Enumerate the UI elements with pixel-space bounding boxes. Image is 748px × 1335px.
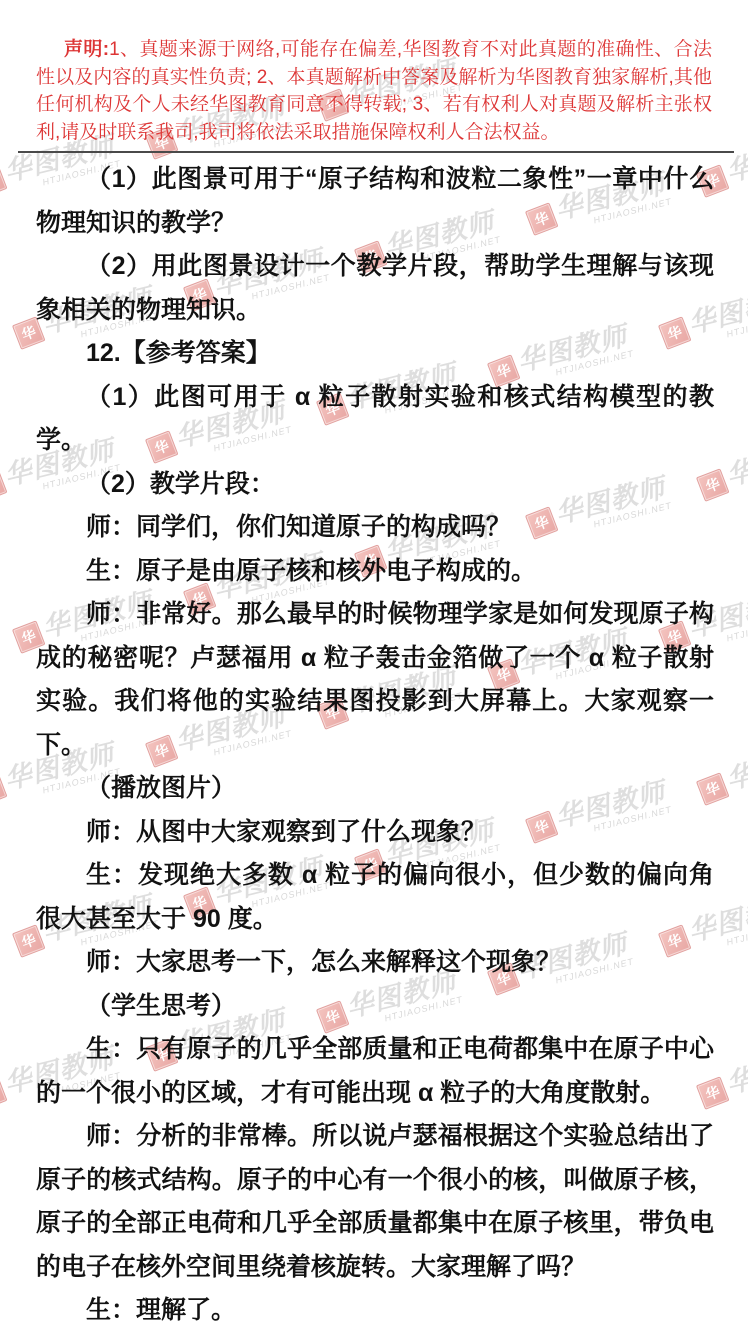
watermark-text: 华图教师HTJIAOSHI.NET bbox=[722, 1035, 748, 1107]
watermark-caption: HTJIAOSHI.NET bbox=[725, 614, 748, 643]
watermark-caption: HTJIAOSHI.NET bbox=[725, 310, 748, 339]
paragraph: 生：理解了。 bbox=[36, 1289, 714, 1333]
huatu-logo-icon: 华 bbox=[0, 1076, 8, 1110]
watermark-brand: 华图教师 bbox=[722, 427, 748, 493]
watermark-brand: 华图教师 bbox=[722, 731, 748, 797]
paragraph: 师：同学们，你们知道原子的构成吗？ bbox=[36, 506, 714, 550]
huatu-logo-icon: 华 bbox=[0, 164, 8, 198]
watermark-text: 华图教师HTJIAOSHI.NET bbox=[722, 731, 748, 803]
paragraph: （1）此图可用于 α 粒子散射实验和核式结构模型的教学。 bbox=[36, 376, 714, 463]
watermark-text: 华图教师HTJIAOSHI.NET bbox=[722, 427, 748, 499]
paragraph: 12.【参考答案】 bbox=[36, 332, 714, 376]
paragraph: 生：发现绝大多数 α 粒子的偏向很小，但少数的偏向角很大甚至大于 90 度。 bbox=[36, 854, 714, 941]
paragraph: （2）教学片段： bbox=[36, 463, 714, 507]
paragraph: 师：非常好。那么最早的时候物理学家是如何发现原子构成的秘密呢？卢瑟福用 α 粒子… bbox=[36, 593, 714, 767]
huatu-logo-icon: 华 bbox=[0, 468, 8, 502]
disclaimer-label: 声明: bbox=[64, 39, 109, 60]
document-page: 华华图教师HTJIAOSHI.NET华华图教师HTJIAOSHI.NET华华图教… bbox=[0, 0, 748, 1335]
paragraph: 师：大家思考一下，怎么来解释这个现象？ bbox=[36, 941, 714, 985]
paragraph: （学生思考） bbox=[36, 985, 714, 1029]
paragraph: （1）此图景可用于“原子结构和波粒二象性”一章中什么物理知识的教学？ bbox=[36, 158, 714, 245]
watermark-brand: 华图教师 bbox=[722, 123, 748, 189]
paragraph: （2）用此图景设计一个教学片段，帮助学生理解与该现象相关的物理知识。 bbox=[36, 245, 714, 332]
huatu-logo-icon: 华 bbox=[0, 772, 8, 806]
disclaimer-text: 1、真题来源于网络,可能存在偏差,华图教育不对此真题的准确性、合法性以及内容的真… bbox=[36, 39, 712, 143]
watermark-brand: 华图教师 bbox=[722, 1035, 748, 1101]
paragraph: 师：分析的非常棒。所以说卢瑟福根据这个实验总结出了原子的核式结构。原子的中心有一… bbox=[36, 1115, 714, 1289]
paragraph: （播放图片） bbox=[36, 767, 714, 811]
paragraph: 生：只有原子的几乎全部质量和正电荷都集中在原子中心的一个很小的区域，才有可能出现… bbox=[36, 1028, 714, 1115]
document-body: （1）此图景可用于“原子结构和波粒二象性”一章中什么物理知识的教学？（2）用此图… bbox=[36, 158, 714, 1333]
watermark-caption: HTJIAOSHI.NET bbox=[725, 918, 748, 947]
paragraph: 生：原子是由原子核和核外电子构成的。 bbox=[36, 550, 714, 594]
disclaimer: 声明:1、真题来源于网络,可能存在偏差,华图教育不对此真题的准确性、合法性以及内… bbox=[36, 0, 712, 146]
watermark-text: 华图教师HTJIAOSHI.NET bbox=[722, 123, 748, 195]
divider-line bbox=[18, 151, 734, 153]
paragraph: 师：从图中大家观察到了什么现象？ bbox=[36, 811, 714, 855]
